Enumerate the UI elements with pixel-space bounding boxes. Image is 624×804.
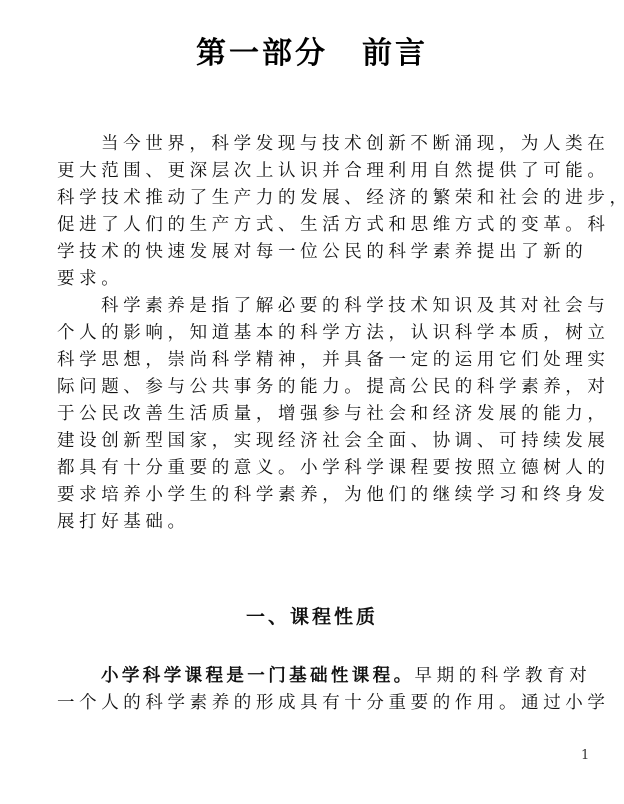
text-line: 科学素养是指了解必要的科学技术知识及其对社会与 <box>57 293 549 320</box>
text-line: 科学技术推动了生产力的发展、经济的繁荣和社会的进步， <box>57 185 549 212</box>
text-line: 于公民改善生活质量，增强参与社会和经济发展的能力， <box>57 401 549 428</box>
paragraph: 小学科学课程是一门基础性课程。早期的科学教育对 一个人的科学素养的形成具有十分重… <box>57 663 549 717</box>
text-line: 都具有十分重要的意义。小学科学课程要按照立德树人的 <box>57 455 549 482</box>
page-title: 第一部分前言 <box>0 34 624 74</box>
intro-paragraph-1: 当今世界，科学发现与技术创新不断涌现，为人类在 更大范围、更深层次上认识并合理利… <box>57 131 549 293</box>
text-line: 个人的影响，知道基本的科学方法，认识科学本质，树立 <box>57 320 549 347</box>
title-part: 第一部分 <box>196 36 328 71</box>
paragraph: 科学素养是指了解必要的科学技术知识及其对社会与 个人的影响，知道基本的科学方法，… <box>57 293 549 536</box>
intro-paragraph-2: 科学素养是指了解必要的科学技术知识及其对社会与 个人的影响，知道基本的科学方法，… <box>57 293 549 536</box>
text-line: 学技术的快速发展对每一位公民的科学素养提出了新的 <box>57 239 549 266</box>
document-page: 第一部分前言 当今世界，科学发现与技术创新不断涌现，为人类在 更大范围、更深层次… <box>0 0 624 804</box>
bold-lead-sentence: 小学科学课程是一门基础性课程。 <box>101 666 415 686</box>
text-line: 要求。 <box>57 266 549 293</box>
section-heading: 一、课程性质 <box>0 603 624 631</box>
text-run: 早期的科学教育对 <box>415 666 592 686</box>
text-line: 展打好基础。 <box>57 509 549 536</box>
text-line: 促进了人们的生产方式、生活方式和思维方式的变革。科 <box>57 212 549 239</box>
page-number: 1 <box>581 748 589 764</box>
text-line: 科学思想，崇尚科学精神，并具备一定的运用它们处理实 <box>57 347 549 374</box>
text-line: 更大范围、更深层次上认识并合理利用自然提供了可能。 <box>57 158 549 185</box>
text-line: 要求培养小学生的科学素养，为他们的继续学习和终身发 <box>57 482 549 509</box>
text-line: 当今世界，科学发现与技术创新不断涌现，为人类在 <box>57 131 549 158</box>
text-line: 一个人的科学素养的形成具有十分重要的作用。通过小学 <box>57 690 549 717</box>
text-line: 建设创新型国家，实现经济社会全面、协调、可持续发展 <box>57 428 549 455</box>
text-line: 小学科学课程是一门基础性课程。早期的科学教育对 <box>57 663 549 690</box>
title-name: 前言 <box>362 36 428 71</box>
paragraph: 当今世界，科学发现与技术创新不断涌现，为人类在 更大范围、更深层次上认识并合理利… <box>57 131 549 293</box>
section-paragraph: 小学科学课程是一门基础性课程。早期的科学教育对 一个人的科学素养的形成具有十分重… <box>57 663 549 717</box>
text-line: 际问题、参与公共事务的能力。提高公民的科学素养，对 <box>57 374 549 401</box>
